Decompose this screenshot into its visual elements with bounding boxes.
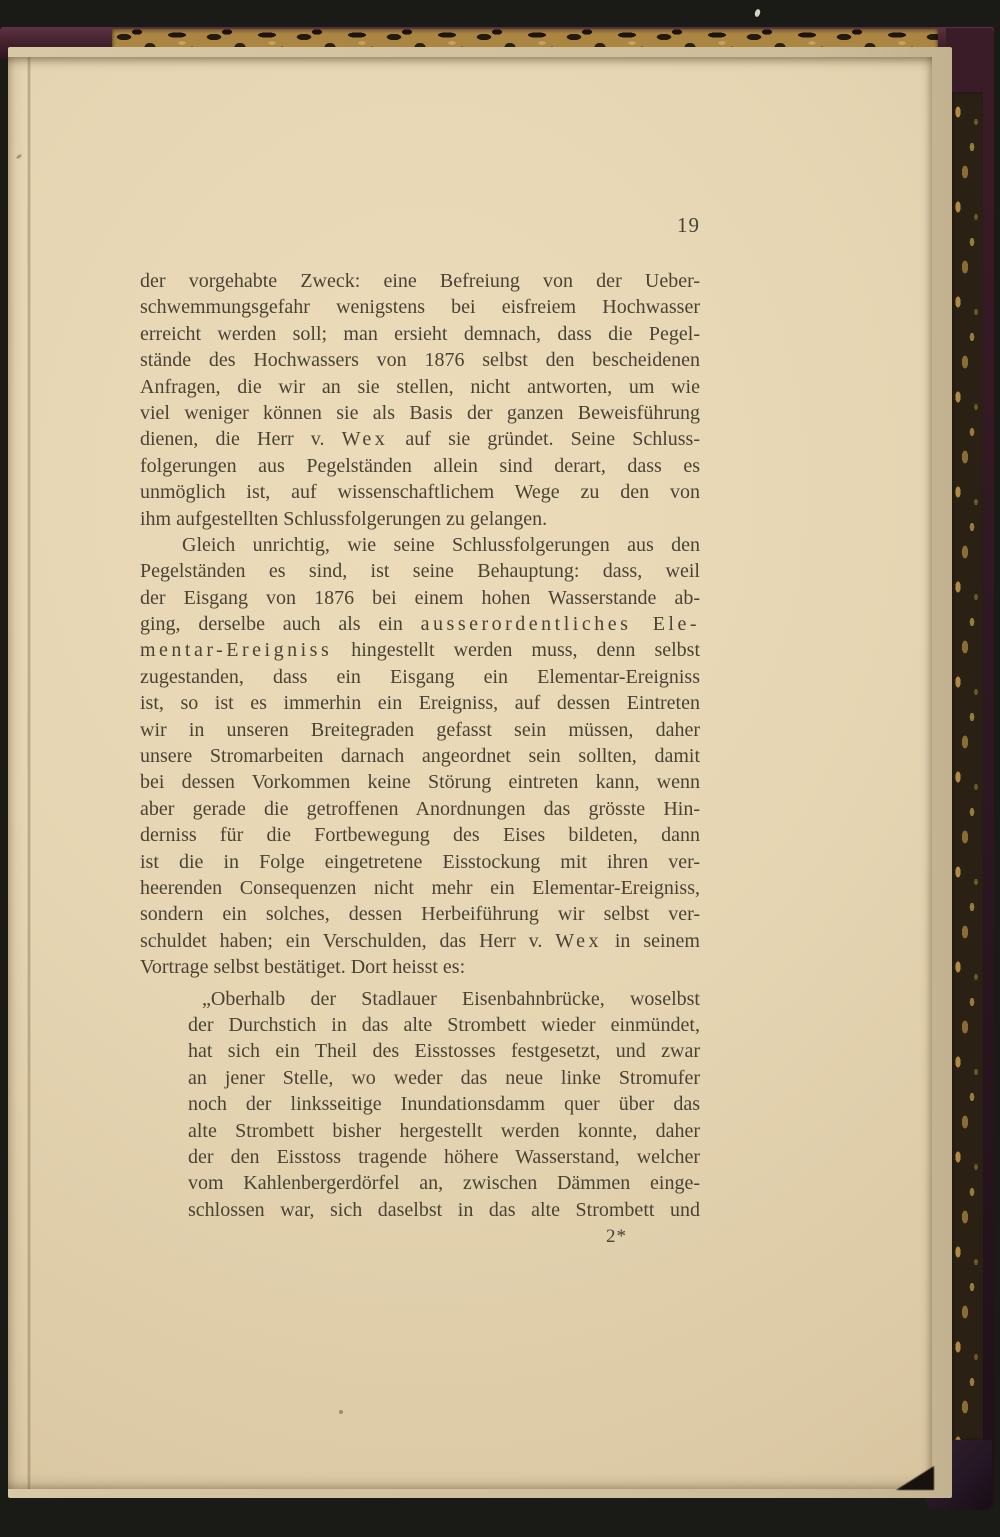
text-segment: unsere Stromarbeiten darnach angeordnet … (140, 745, 700, 767)
text-line: folgerungen aus Pegelständen allein sind… (140, 453, 700, 479)
text-segment: aber gerade die getroffenen Anordnungen … (140, 798, 700, 820)
text-line: der den Eisstoss tragende höhere Wassers… (188, 1144, 700, 1170)
scan-speck (754, 8, 761, 17)
text-line: mentar-Ereigniss hingestellt werden muss… (140, 637, 700, 663)
text-line: schlossen war, sich daselbst in das alte… (188, 1197, 700, 1223)
text-segment: vom Kahlenbergerdörfel an, zwischen Dämm… (188, 1172, 700, 1194)
letterspaced-text-segment: Wex (555, 930, 602, 952)
text-segment: ist die in Folge eingetretene Eisstockun… (140, 851, 700, 873)
letterspaced-text-segment: mentar-Ereigniss (140, 639, 332, 661)
paragraph: der vorgehabte Zweck: eine Befreiung von… (140, 268, 700, 532)
page-corner-cut (896, 1466, 934, 1490)
text-segment: erreicht werden soll; man ersieht demnac… (140, 323, 700, 345)
text-segment: sondern ein solches, dessen Herbeiführun… (140, 903, 700, 925)
text-line: heerenden Consequenzen nicht mehr ein El… (140, 875, 700, 901)
text-segment: unmöglich ist, auf wissenschaftlichem We… (140, 481, 700, 503)
text-segment: ihm aufgestellten Schlussfolgerungen zu … (140, 508, 547, 530)
text-segment: folgerungen aus Pegelständen allein sind… (140, 455, 700, 477)
text-line: schwemmungsgefahr wenigstens bei eisfrei… (140, 294, 700, 320)
text-segment: schuldet haben; ein Verschulden, das Her… (140, 930, 555, 952)
text-line: Vortrage selbst bestätiget. Dort heisst … (140, 954, 700, 980)
text-line: ist, so ist es immerhin ein Ereigniss, a… (140, 690, 700, 716)
text-line: schuldet haben; ein Verschulden, das Her… (140, 928, 700, 954)
marbled-edge-right (950, 92, 983, 1440)
text-line: noch der linksseitige Inundationsdamm qu… (188, 1091, 700, 1117)
text-segment: zugestanden, dass ein Eisgang ein Elemen… (140, 666, 700, 688)
block-quote: „Oberhalb der Stadlauer Eisenbahnbrücke,… (188, 986, 700, 1224)
text-segment: alte Strombett bisher hergestellt werden… (188, 1120, 700, 1142)
text-segment: in seinem (602, 930, 700, 952)
text-segment: hingestellt werden muss, denn selbst (332, 639, 700, 661)
text-segment: dienen, die Herr v. (140, 428, 342, 450)
page-fold-crease (27, 57, 31, 1489)
text-line: unsere Stromarbeiten darnach angeordnet … (140, 743, 700, 769)
text-line: erreicht werden soll; man ersieht demnac… (140, 321, 700, 347)
text-line: hat sich ein Theil des Eisstosses festge… (188, 1038, 700, 1064)
text-line: der Durchstich in das alte Strombett wie… (188, 1012, 700, 1038)
body-text: der vorgehabte Zweck: eine Befreiung von… (140, 268, 700, 1223)
text-segment: viel weniger können sie als Basis der ga… (140, 402, 700, 424)
signature-mark: 2* (606, 1226, 627, 1248)
text-segment: an jener Stelle, wo weder das neue linke… (188, 1067, 700, 1089)
text-line: ihm aufgestellten Schlussfolgerungen zu … (140, 506, 700, 532)
text-segment: Anfragen, die wir an sie stellen, nicht … (140, 376, 700, 398)
letterspaced-text-segment: ausserordentliches Ele- (421, 613, 700, 635)
text-line: Anfragen, die wir an sie stellen, nicht … (140, 374, 700, 400)
text-line: viel weniger können sie als Basis der ga… (140, 400, 700, 426)
text-line: an jener Stelle, wo weder das neue linke… (188, 1065, 700, 1091)
text-line: der Eisgang von 1876 bei einem hohen Was… (140, 585, 700, 611)
text-line: wir in unseren Breitegraden gefasst sein… (140, 717, 700, 743)
text-line: vom Kahlenbergerdörfel an, zwischen Dämm… (188, 1170, 700, 1196)
text-line: Gleich unrichtig, wie seine Schlussfolge… (140, 532, 700, 558)
text-line: ging, derselbe auch als ein ausserordent… (140, 611, 700, 637)
text-segment: hat sich ein Theil des Eisstosses festge… (188, 1040, 700, 1062)
text-segment: ist, so ist es immerhin ein Ereigniss, a… (140, 692, 700, 714)
text-segment: noch der linksseitige Inundationsdamm qu… (188, 1093, 700, 1115)
scan-speck (339, 1410, 343, 1414)
text-segment: wir in unseren Breitegraden gefasst sein… (140, 719, 700, 741)
text-segment: bei dessen Vorkommen keine Störung eintr… (140, 771, 700, 793)
text-segment: schwemmungsgefahr wenigstens bei eisfrei… (140, 296, 700, 318)
text-line: zugestanden, dass ein Eisgang ein Elemen… (140, 664, 700, 690)
text-line: dienen, die Herr v. Wex auf sie gründet.… (140, 426, 700, 452)
page-number: 19 (140, 213, 700, 238)
text-line: „Oberhalb der Stadlauer Eisenbahnbrücke,… (188, 986, 700, 1012)
text-line: bei dessen Vorkommen keine Störung eintr… (140, 769, 700, 795)
text-segment: stände des Hochwassers von 1876 selbst d… (140, 349, 700, 371)
text-line: Pegelständen es sind, ist seine Behauptu… (140, 558, 700, 584)
text-line: ist die in Folge eingetretene Eisstockun… (140, 849, 700, 875)
text-segment: derniss für die Fortbewegung des Eises b… (140, 824, 700, 846)
paragraph: Gleich unrichtig, wie seine Schlussfolge… (140, 532, 700, 981)
text-segment: Vortrage selbst bestätiget. Dort heisst … (140, 956, 465, 978)
text-segment: heerenden Consequenzen nicht mehr ein El… (140, 877, 700, 899)
text-segment: ging, derselbe auch als ein (140, 613, 421, 635)
text-segment: Pegelständen es sind, ist seine Behauptu… (140, 560, 700, 582)
text-line: der vorgehabte Zweck: eine Befreiung von… (140, 268, 700, 294)
text-segment: auf sie gründet. Seine Schluss- (388, 428, 700, 450)
text-segment: der vorgehabte Zweck: eine Befreiung von… (140, 270, 700, 292)
text-segment: Gleich unrichtig, wie seine Schlussfolge… (182, 534, 700, 556)
text-segment: der den Eisstoss tragende höhere Wassers… (188, 1146, 700, 1168)
text-line: sondern ein solches, dessen Herbeiführun… (140, 901, 700, 927)
letterspaced-text-segment: Wex (342, 428, 389, 450)
text-segment: „Oberhalb der Stadlauer Eisenbahnbrücke,… (202, 988, 700, 1010)
text-segment: schlossen war, sich daselbst in das alte… (188, 1199, 700, 1221)
text-segment: der Eisgang von 1876 bei einem hohen Was… (140, 587, 700, 609)
text-line: derniss für die Fortbewegung des Eises b… (140, 822, 700, 848)
text-line: aber gerade die getroffenen Anordnungen … (140, 796, 700, 822)
text-line: stände des Hochwassers von 1876 selbst d… (140, 347, 700, 373)
text-segment: der Durchstich in das alte Strombett wie… (188, 1014, 700, 1036)
text-line: unmöglich ist, auf wissenschaftlichem We… (140, 479, 700, 505)
text-line: alte Strombett bisher hergestellt werden… (188, 1118, 700, 1144)
